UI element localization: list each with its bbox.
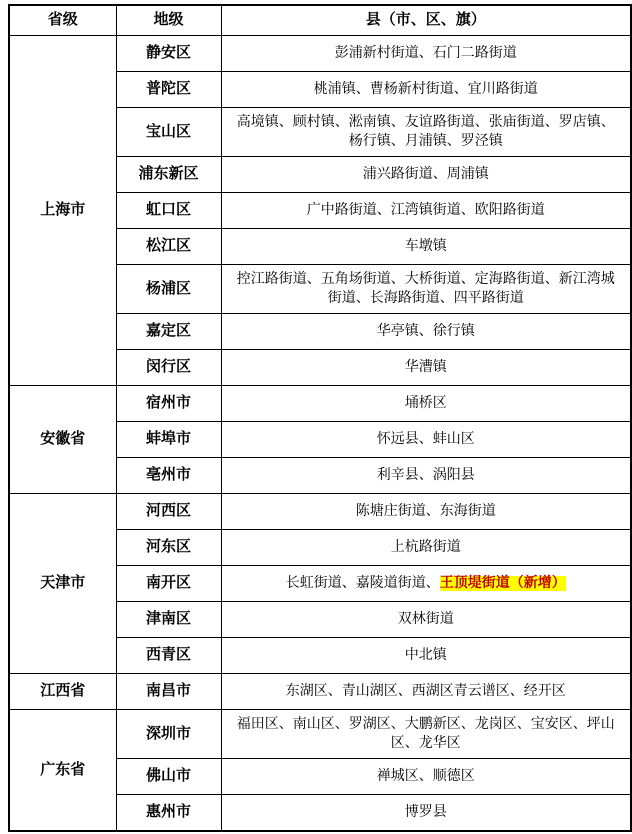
county-text: 长虹街道、嘉陵道街道、: [286, 576, 440, 591]
city-cell: 河东区: [116, 530, 221, 566]
county-cell: 中北镇: [221, 638, 631, 674]
county-cell: 埇桥区: [221, 386, 631, 422]
province-cell-anhui: 安徽省: [9, 386, 116, 494]
city-cell: 深圳市: [116, 710, 221, 759]
city-cell: 亳州市: [116, 458, 221, 494]
city-cell: 嘉定区: [116, 314, 221, 350]
county-cell: 浦兴路街道、周浦镇: [221, 157, 631, 193]
county-cell: 利辛县、涡阳县: [221, 458, 631, 494]
city-cell: 松江区: [116, 229, 221, 265]
city-cell: 虹口区: [116, 193, 221, 229]
province-cell-tianjin: 天津市: [9, 494, 116, 674]
column-header-county: 县（市、区、旗）: [221, 5, 631, 36]
city-cell: 宿州市: [116, 386, 221, 422]
county-cell: 控江路街道、五角场街道、大桥街道、定海路街道、新江湾城街道、长海路街道、四平路街…: [221, 265, 631, 314]
city-cell: 蚌埠市: [116, 422, 221, 458]
city-cell: 浦东新区: [116, 157, 221, 193]
table-row: 江西省 南昌市 东湖区、青山湖区、西湖区青云谱区、经开区: [9, 674, 631, 710]
city-cell: 惠州市: [116, 795, 221, 832]
county-cell: 陈塘庄街道、东海街道: [221, 494, 631, 530]
county-cell: 东湖区、青山湖区、西湖区青云谱区、经开区: [221, 674, 631, 710]
city-cell: 佛山市: [116, 759, 221, 795]
column-header-prefecture: 地级: [116, 5, 221, 36]
county-cell: 博罗县: [221, 795, 631, 832]
table-row: 广东省 深圳市 福田区、南山区、罗湖区、大鹏新区、龙岗区、宝安区、坪山区、龙华区: [9, 710, 631, 759]
county-cell: 华亭镇、徐行镇: [221, 314, 631, 350]
county-cell: 怀远县、蚌山区: [221, 422, 631, 458]
city-cell: 西青区: [116, 638, 221, 674]
county-cell: 华漕镇: [221, 350, 631, 386]
county-cell: 禅城区、顺德区: [221, 759, 631, 795]
city-cell: 杨浦区: [116, 265, 221, 314]
county-cell: 广中路街道、江湾镇街道、欧阳路街道: [221, 193, 631, 229]
province-cell-guangdong: 广东省: [9, 710, 116, 832]
county-cell: 彭浦新村街道、石门二路街道: [221, 36, 631, 72]
column-header-province: 省级: [9, 5, 116, 36]
city-cell: 静安区: [116, 36, 221, 72]
document-page: 省级 地级 县（市、区、旗） 上海市 静安区 彭浦新村街道、石门二路街道 普陀区…: [0, 0, 632, 834]
city-cell: 宝山区: [116, 108, 221, 157]
city-cell: 津南区: [116, 602, 221, 638]
province-cell-shanghai: 上海市: [9, 36, 116, 386]
county-cell: 桃浦镇、曹杨新村街道、宜川路街道: [221, 72, 631, 108]
highlighted-new-entry: 王顶堤街道（新增）: [440, 576, 566, 591]
province-cell-jiangxi: 江西省: [9, 674, 116, 710]
table-row: 安徽省 宿州市 埇桥区: [9, 386, 631, 422]
table-row: 天津市 河西区 陈塘庄街道、东海街道: [9, 494, 631, 530]
county-cell: 福田区、南山区、罗湖区、大鹏新区、龙岗区、宝安区、坪山区、龙华区: [221, 710, 631, 759]
region-table: 省级 地级 县（市、区、旗） 上海市 静安区 彭浦新村街道、石门二路街道 普陀区…: [8, 4, 632, 832]
city-cell: 闵行区: [116, 350, 221, 386]
city-cell: 南昌市: [116, 674, 221, 710]
header-row: 省级 地级 县（市、区、旗）: [9, 5, 631, 36]
table-row: 上海市 静安区 彭浦新村街道、石门二路街道: [9, 36, 631, 72]
county-cell: 高境镇、顾村镇、淞南镇、友谊路街道、张庙街道、罗店镇、杨行镇、月浦镇、罗泾镇: [221, 108, 631, 157]
city-cell: 南开区: [116, 566, 221, 602]
city-cell: 河西区: [116, 494, 221, 530]
county-cell: 长虹街道、嘉陵道街道、王顶堤街道（新增）: [221, 566, 631, 602]
county-cell: 上杭路街道: [221, 530, 631, 566]
county-cell: 双林街道: [221, 602, 631, 638]
county-cell: 车墩镇: [221, 229, 631, 265]
city-cell: 普陀区: [116, 72, 221, 108]
